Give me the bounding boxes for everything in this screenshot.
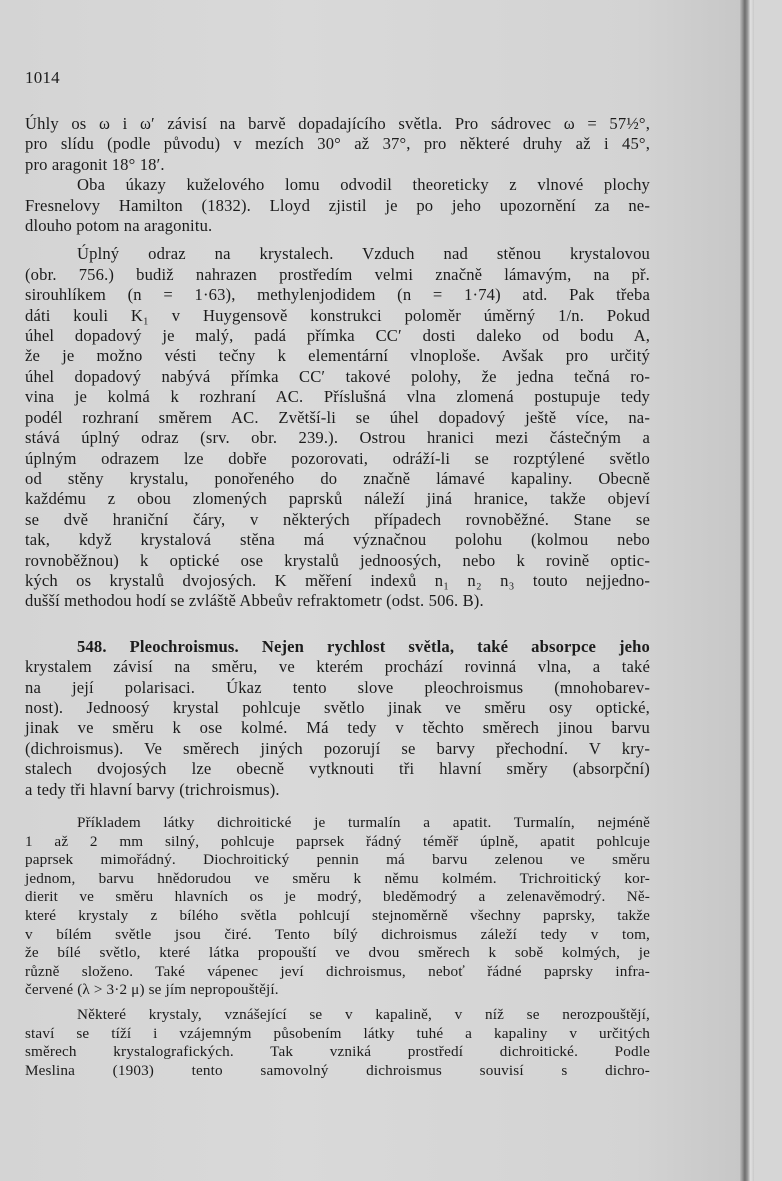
text-line: směrech krystalografických. Tak vzniká p…	[25, 1043, 650, 1062]
text-line: paprsek mimořádný. Diochroitický pennin …	[25, 851, 650, 870]
paragraph-total-reflection: Úplný odraz na krystalech. Vzduch nad st…	[25, 244, 650, 611]
text-line: Meslina (1903) tento samovolný dichroism…	[25, 1062, 650, 1081]
text-line: Oba úkazy kuželového lomu odvodil theore…	[25, 175, 650, 195]
page-content: 1014 Úhly os ω i ω′ závisí na barvě dopa…	[25, 68, 650, 1080]
text-line: rovnoběžnou) k optické ose krystalů jedn…	[25, 551, 650, 571]
text-line: různě složeno. Také vápenec jeví dichroi…	[25, 963, 650, 982]
text-line: které krystaly z bílého světla pohlcují …	[25, 907, 650, 926]
text-line: staví se tíží i vzájemným působením látk…	[25, 1025, 650, 1044]
text-line: že je možno vésti tečny k elementární vl…	[25, 346, 650, 366]
text-line: úhel dopadový je malý, padá přímka CC′ d…	[25, 326, 650, 346]
text-line: pro aragonit 18° 18′.	[25, 155, 650, 175]
text-line: stalech dvojosých lze obecně vytknouti t…	[25, 759, 650, 779]
section-548-pleochroismus: 548. Pleochroismus. Nejen rychlost světl…	[25, 637, 650, 800]
book-gutter-binding	[740, 0, 754, 1181]
text-line: Úplný odraz na krystalech. Vzduch nad st…	[25, 244, 650, 264]
text-line: úplným odrazem lze dobře pozorovati, odr…	[25, 449, 650, 469]
text-line: (obr. 756.) budiž nahrazen prostředím ve…	[25, 265, 650, 285]
paragraph-conical-refraction: Oba úkazy kuželového lomu odvodil theore…	[25, 175, 650, 236]
text-line: kých os krystalů dvojosých. K měření ind…	[25, 571, 650, 591]
paragraph-spontaneous-dichroism: Některé krystaly, vznášející se v kapali…	[25, 1006, 650, 1080]
text-line: že bílé světlo, které látka propouští ve…	[25, 944, 650, 963]
text-line: tak, když krystalová stěna má význačnou …	[25, 530, 650, 550]
text-line: na její polarisaci. Úkaz tento slove ple…	[25, 678, 650, 698]
text-line: každému z obou zlomených paprsků náleží …	[25, 489, 650, 509]
text-line: Úhly os ω i ω′ závisí na barvě dopadajíc…	[25, 114, 650, 134]
text-line: nost). Jednoosý krystal pohlcuje světlo …	[25, 698, 650, 718]
text-line: dušší methodou hodí se zvláště Abbeův re…	[25, 591, 650, 611]
text-line: dáti kouli K₁ v Huygensově konstrukci po…	[25, 306, 650, 326]
text-line: stává úplný odraz (srv. obr. 239.). Ostr…	[25, 428, 650, 448]
text-line: krystalem závisí na směru, ve kterém pro…	[25, 657, 650, 677]
section-heading-line: 548. Pleochroismus. Nejen rychlost světl…	[25, 637, 650, 657]
text-line: dlouho potom na aragonitu.	[25, 216, 650, 236]
text-line: podél rozhraní směrem AC. Zvětší-li se ú…	[25, 408, 650, 428]
text-line: Příkladem látky dichroitické je turmalín…	[25, 814, 650, 833]
text-line: úhel dopadový nabývá přímka CC′ takové p…	[25, 367, 650, 387]
text-line: jednom, barvu hnědorudou ve směru k němu…	[25, 870, 650, 889]
text-line: od stěny krystalu, ponořeného do značně …	[25, 469, 650, 489]
text-line: v bílém světle jsou čiré. Tento bílý dic…	[25, 926, 650, 945]
page-number: 1014	[25, 68, 650, 88]
paragraph-dichroic-examples: Příkladem látky dichroitické je turmalín…	[25, 814, 650, 1000]
text-line: dierit ve směru hlavních os je modrý, bl…	[25, 888, 650, 907]
text-line: červené (λ > 3·2 μ) se jím nepropouštějí…	[25, 981, 650, 1000]
text-line: vina je kolmá k rozhraní AC. Příslušná v…	[25, 387, 650, 407]
text-line: Některé krystaly, vznášející se v kapali…	[25, 1006, 650, 1025]
text-line: jinak ve směru k ose kolmé. Má tedy v tě…	[25, 718, 650, 738]
text-line: 1 až 2 mm silný, pohlcuje paprsek řádný …	[25, 833, 650, 852]
next-page-edge	[754, 0, 782, 1181]
paragraph-optic-axis-angles: Úhly os ω i ω′ závisí na barvě dopadajíc…	[25, 114, 650, 175]
text-line: Fresnelovy Hamilton (1832). Lloyd zjisti…	[25, 196, 650, 216]
text-line: pro slídu (podle původu) v mezích 30° až…	[25, 134, 650, 154]
small-print-block: Příkladem látky dichroitické je turmalín…	[25, 814, 650, 1080]
text-line: se dvě hraniční čáry, v některých případ…	[25, 510, 650, 530]
text-line: (dichroismus). Ve směrech jiných pozoruj…	[25, 739, 650, 759]
text-line: a tedy tři hlavní barvy (trichroismus).	[25, 780, 650, 800]
text-line: sirouhlíkem (n = 1·63), methylenjodidem …	[25, 285, 650, 305]
